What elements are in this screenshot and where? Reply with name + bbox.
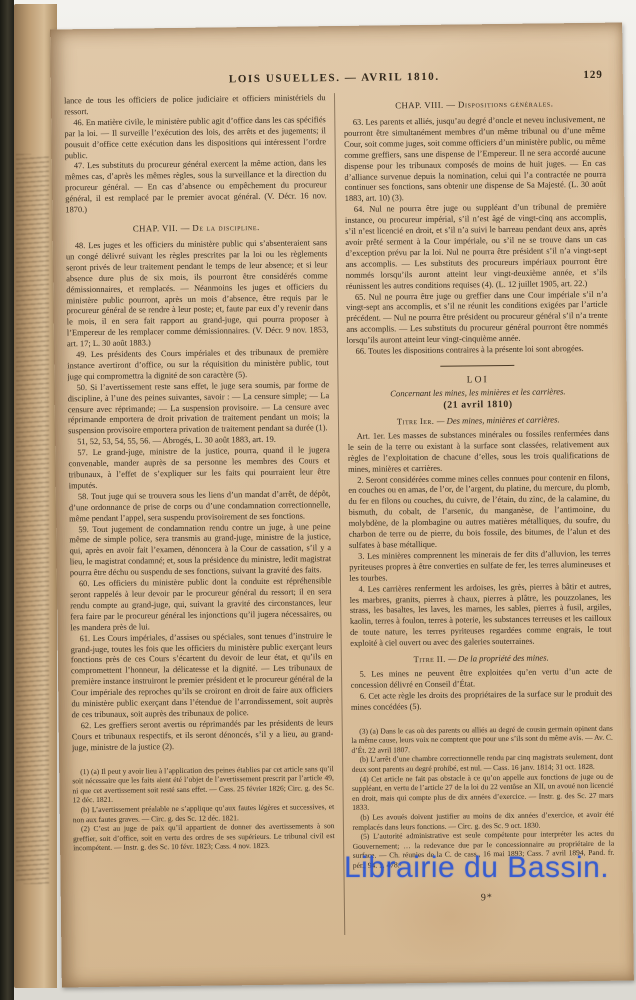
paragraph-continuation: lance de tous les officiers de police ju… (64, 93, 326, 118)
book-page: LOIS USUELLES. — AVRIL 1810. 129 lance d… (50, 23, 634, 988)
paragraph-64: 64. Nul ne pourra être juge ou suppléant… (345, 202, 608, 292)
chapter-8-heading: CHAP. VIII. — Dispositions générales. (344, 98, 606, 111)
title-1-name: — Des mines, minières et carrières. (437, 414, 560, 425)
gutter-ghost-text (16, 154, 49, 884)
chapter-7-title: De la discipline. (192, 222, 260, 233)
article-5: 5. Les mines ne peuvent être exploitées … (351, 667, 613, 692)
chapter-8-title: Dispositions générales. (458, 98, 554, 109)
left-column: lance de tous les officiers de police ju… (64, 93, 345, 938)
running-header: LOIS USUELLES. — AVRIL 1810. 129 (66, 69, 603, 88)
paragraph-65: 65. Nul ne pourra être juge ou greffier … (346, 289, 608, 347)
page-number: 129 (440, 69, 603, 83)
text-columns: lance de tous les officiers de police ju… (64, 90, 615, 939)
paragraph-47: 47. Les substituts du procureur général … (65, 159, 327, 217)
signature-mark: 9* (481, 892, 493, 903)
paragraph-66: 66. Toutes les dispositions contraires à… (347, 344, 609, 358)
title-2-heading: Titre II. — De la propriété des mines. (350, 652, 612, 665)
article-1: Art. 1er. Les masses de substances minér… (348, 429, 610, 476)
footnote-4a: (4) Cet article ne fait pas obstacle à c… (352, 771, 614, 813)
header-spacer (66, 82, 229, 84)
article-3: 3. Les minières comprennent les minerais… (349, 549, 611, 585)
law-date: (21 avril 1810) (347, 398, 609, 412)
paragraph-61: 61. Les Cours impériales, d’assises ou s… (71, 631, 334, 721)
paragraph-63: 63. Les parents et alliés, jusqu’au degr… (344, 115, 607, 205)
paragraph-62: 62. Les greffiers seront avertis ou répr… (72, 718, 334, 754)
chapter-8-label: CHAP. VIII. — (395, 100, 458, 111)
footnote-2: (2) C’est au juge de paix qu’il appartie… (73, 821, 335, 853)
book-cover-edge (0, 0, 14, 1000)
book-photo: LOIS USUELLES. — AVRIL 1810. 129 lance d… (0, 0, 636, 1000)
left-footnotes: (1) (a) Il peut y avoir lieu à l’applica… (72, 764, 335, 854)
chapter-7-label: CHAP. VII. — (133, 223, 193, 234)
right-footnotes: (3) (a) Dans le cas où des parents ou al… (351, 723, 614, 870)
footnote-1a: (1) (a) Il peut y avoir lieu à l’applica… (72, 764, 334, 806)
right-column: CHAP. VIII. — Dispositions générales. 63… (334, 90, 615, 935)
article-6: 6. Cet acte règle les droits des proprié… (351, 689, 613, 714)
paragraph-46: 46. En matière civile, le ministère publ… (64, 115, 326, 162)
title-1-label: Titre Ier. (397, 416, 437, 426)
paragraph-57: 57. Le grand-juge, ministre de la justic… (68, 445, 330, 492)
page-title: LOIS USUELLES. — AVRIL 1810. (229, 71, 440, 86)
paragraph-59: 59. Tout jugement de condamnation rendu … (69, 522, 331, 580)
watermark: Librairie du Bassin. (344, 851, 609, 885)
title-2-name: — De la propriété des mines. (448, 653, 549, 664)
chapter-7-heading: CHAP. VII. — De la discipline. (66, 221, 328, 234)
paragraph-49: 49. Les présidents des Cours impériales … (67, 347, 329, 383)
law-subtitle: Concernant les mines, les minières et le… (347, 386, 609, 399)
paragraph-50: 50. Si l’avertissement reste sans effet,… (67, 380, 329, 438)
paragraph-58: 58. Tout juge qui se trouvera sous les l… (69, 489, 331, 525)
title-1-heading: Titre Ier. — Des mines, minières et carr… (347, 414, 609, 427)
law-title: LOI (347, 373, 609, 387)
article-4: 4. Les carrières renferment les ardoises… (349, 581, 611, 650)
section-separator-rule (441, 365, 515, 367)
title-2-label: Titre II. (414, 654, 449, 664)
page-content: LOIS USUELLES. — AVRIL 1810. 129 lance d… (50, 23, 634, 988)
article-2: 2. Seront considérées comme mines celles… (348, 472, 610, 552)
paragraph-60: 60. Les officiers du ministère public do… (70, 576, 332, 634)
footnote-3a: (3) (a) Dans le cas où des parents ou al… (351, 723, 613, 755)
book-gutter-page (14, 4, 57, 988)
paragraph-48: 48. Les juges et les officiers du minist… (66, 238, 329, 350)
